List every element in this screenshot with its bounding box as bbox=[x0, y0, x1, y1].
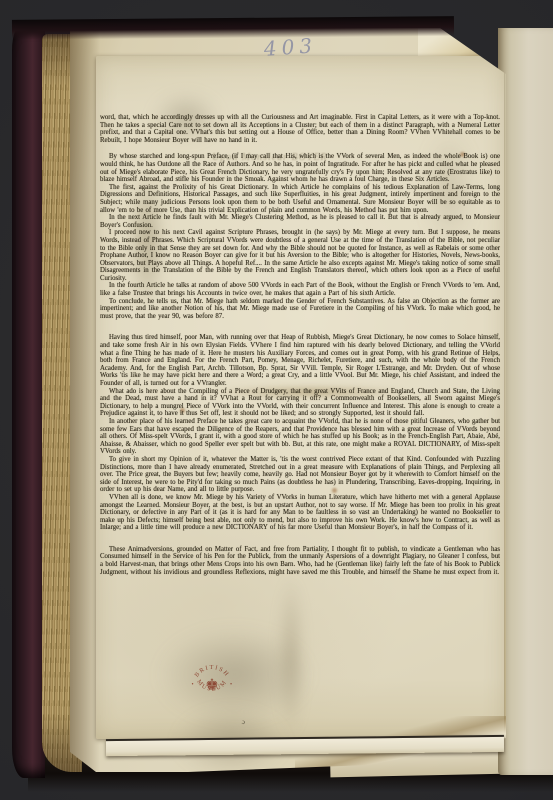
stamp-top-text: BRITISH bbox=[193, 664, 230, 679]
paragraph: To give in short my Opinion of it, whate… bbox=[100, 456, 500, 494]
paragraph: Having thus tired himself, poor Man, wit… bbox=[100, 334, 500, 387]
printed-leaf: Upon Monsieur BOYER word, that, which he… bbox=[96, 56, 504, 739]
paragraph: I proceed now to his next Cavil against … bbox=[100, 229, 500, 282]
paragraph: In the fourth Article he talks at random… bbox=[100, 282, 500, 297]
ink-squiggle: ɔ bbox=[241, 718, 246, 727]
paragraph: What ado is here about the Compiling of … bbox=[100, 388, 500, 418]
stamp-side-mark: • bbox=[230, 682, 232, 688]
paragraph: The first, against the Prolixity of his … bbox=[100, 184, 500, 214]
paragraph: These Animadversions, grounded on Matter… bbox=[100, 546, 500, 576]
album-page: 403 Upon Monsieur BOYER word, that, whic… bbox=[70, 28, 506, 772]
paragraph: By whose starched and long-spun Preface,… bbox=[100, 153, 500, 183]
stamp-side-mark: • bbox=[192, 682, 194, 688]
photographed-book-scan: 403 Upon Monsieur BOYER word, that, whic… bbox=[0, 0, 553, 800]
crown-icon: ♚ bbox=[205, 678, 218, 694]
printed-text-block: word, that, which he accordingly dresses… bbox=[100, 114, 500, 576]
british-museum-stamp: BRITISH MUSEUM ♚ • • bbox=[188, 660, 236, 708]
book-top-edge bbox=[12, 16, 454, 40]
paragraph: VVhen all is done, we know Mr. Miege by … bbox=[100, 494, 500, 532]
paragraph: In another place of his learned Preface … bbox=[100, 418, 500, 456]
paragraph: In the next Article he finds fault with … bbox=[100, 214, 500, 229]
svg-text:BRITISH: BRITISH bbox=[193, 664, 230, 679]
paragraph: To conclude, he tells us, that Mr. Miege… bbox=[100, 298, 500, 321]
leather-spine bbox=[12, 24, 45, 778]
paragraph: word, that, which he accordingly dresses… bbox=[100, 114, 500, 144]
adjacent-page-edge bbox=[498, 28, 553, 775]
